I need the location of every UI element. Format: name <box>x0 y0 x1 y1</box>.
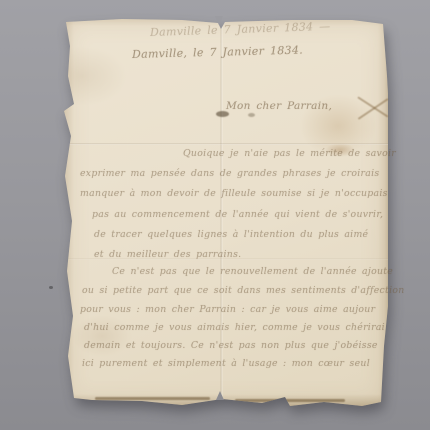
handwritten-salutation: Mon cher Parrain, <box>226 100 332 112</box>
handwritten-line-p2-4: d'hui comme je vous aimais hier, comme j… <box>84 322 385 333</box>
handwritten-line-p1-4: pas au commencement de l'année qui vient… <box>92 209 383 220</box>
bottom-edge-staining <box>235 399 345 402</box>
bottom-edge-staining <box>95 397 210 400</box>
handwritten-line-p1-1: Quoique je n'aie pas le mérite de savoir <box>183 148 396 159</box>
handwritten-line-p1-6: et du meilleur des parrains. <box>94 249 241 260</box>
ink-smudge <box>248 113 255 117</box>
handwritten-line-p1-5: de tracer quelques lignes à l'intention … <box>94 229 368 240</box>
bottom-fold-notch <box>216 391 224 400</box>
handwritten-line-p2-3: pour vous : mon cher Parrain : car je vo… <box>80 304 375 315</box>
handwritten-line-p1-3: manquer à mon devoir de filleule soumise… <box>80 188 388 199</box>
handwritten-line-p2-2: ou si petite part que ce soit dans mes s… <box>82 285 405 296</box>
handwritten-line-p2-1: Ce n'est pas que le renouvellement de l'… <box>112 266 393 277</box>
horizontal-fold-crease <box>62 143 388 145</box>
handwritten-line-p2-5: demain et toujours. Ce n'est pas non plu… <box>84 340 378 351</box>
handwritten-line-p2-6: ici purement et simplement à l'usage : m… <box>82 358 370 369</box>
photograph-backdrop: Damville le 7 Janvier 1834 — Damville, l… <box>0 0 430 430</box>
handwritten-line-p1-2: exprimer ma pensée dans de grandes phras… <box>80 168 379 179</box>
